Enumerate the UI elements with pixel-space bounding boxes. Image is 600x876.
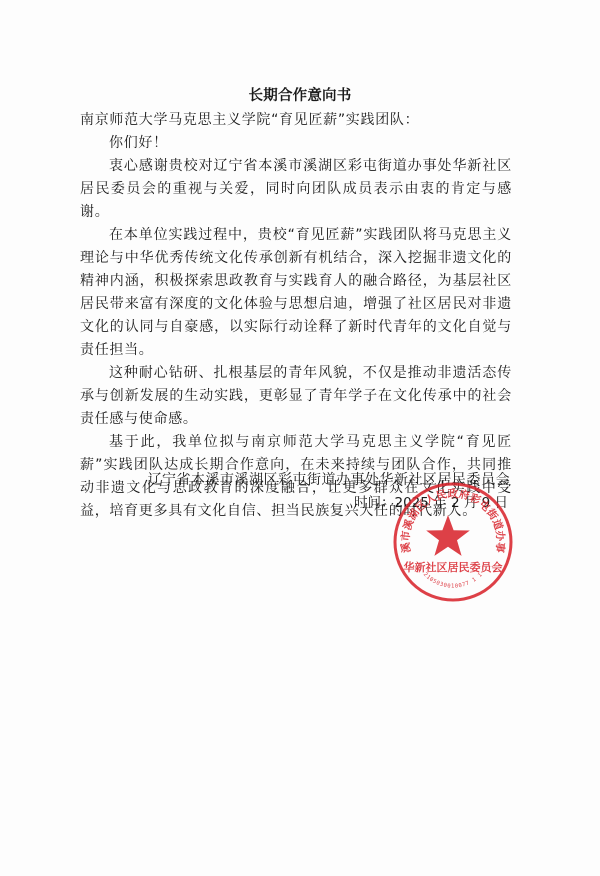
paragraph-thanks: 衷心感谢贵校对辽宁省本溪市溪湖区彩屯街道办事处华新社区居民委员会的重视与关爱，同… (80, 155, 512, 224)
document-page: 长期合作意向书 南京师范大学马克思主义学院“育见匠薪”实践团队： 你们好！ 衷心… (0, 0, 600, 876)
document-body: 南京师范大学马克思主义学院“育见匠薪”实践团队： 你们好！ 衷心感谢贵校对辽宁省… (80, 109, 512, 523)
paragraph-practice: 在本单位实践过程中，贵校“育见匠薪”实践团队将马克思主义理论与中华优秀传统文化传… (80, 224, 512, 362)
paragraph-spirit: 这种耐心钻研、扎根基层的青年风貌，不仅是推动非遗活态传承与创新发展的生动实践，更… (80, 362, 512, 431)
red-star-icon (426, 515, 470, 556)
document-title: 长期合作意向书 (0, 86, 600, 106)
seal-center-text: 华新社区居民委员会 (404, 560, 503, 574)
seal-serial-number: 2105030010077 1 1 (422, 572, 484, 590)
official-seal: 本溪市溪湖区人民政府彩屯街道办事处 华新社区居民委员会 210503001007… (392, 481, 514, 603)
salutation: 南京师范大学马克思主义学院“育见匠薪”实践团队： (80, 109, 512, 132)
greeting: 你们好！ (80, 132, 512, 155)
